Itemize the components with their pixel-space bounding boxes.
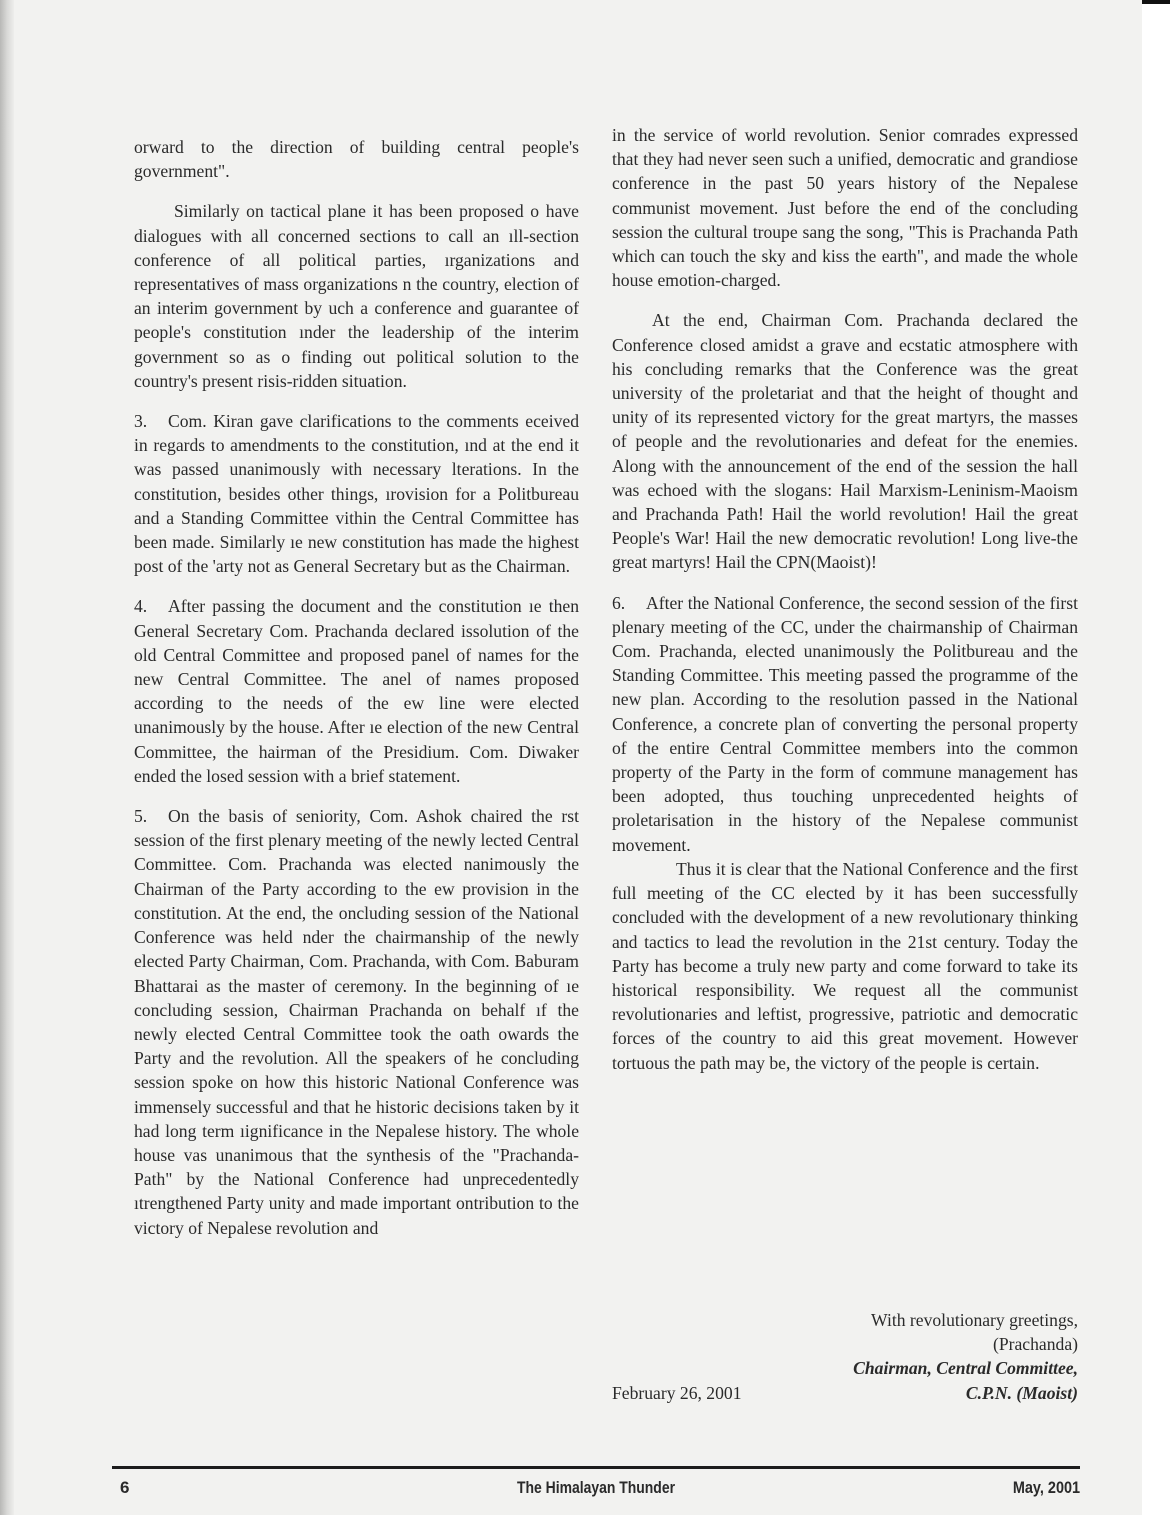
signatory-title: Chairman, Central Committee, (612, 1356, 1078, 1380)
paragraph-world-revolution: in the service of world revolution. Seni… (612, 123, 1078, 292)
left-column: orward to the direction of building cent… (134, 135, 579, 1256)
paragraph-5-concluding-session: 5.On the basis of seniority, Com. Ashok … (134, 804, 579, 1240)
paragraph-6-plenary-meeting: 6.After the National Conference, the sec… (612, 591, 1078, 857)
paragraph-text: After passing the document and the const… (134, 596, 579, 785)
paragraph-text: On the basis of seniority, Com. Ashok ch… (134, 806, 579, 1237)
publication-title: The Himalayan Thunder (199, 1478, 993, 1498)
footer-divider (112, 1466, 1080, 1469)
paragraph-4-new-central-committee: 4.After passing the document and the con… (134, 594, 579, 788)
corner-crop-mark (1142, 0, 1170, 4)
issue-date: May, 2001 (1013, 1478, 1080, 1498)
paragraph-text: After the National Conference, the secon… (612, 593, 1078, 855)
page-footer: 6 The Himalayan Thunder May, 2001 (112, 1478, 1080, 1502)
paragraph-number: 6. (612, 591, 646, 615)
paragraph-conference-closed: At the end, Chairman Com. Prachanda decl… (612, 308, 1078, 574)
signature-block: With revolutionary greetings, (Prachanda… (612, 1308, 1078, 1405)
paragraph-continuation: orward to the direction of building cent… (134, 135, 579, 183)
page-number: 6 (120, 1478, 129, 1498)
scan-edge-shadow (0, 0, 14, 1515)
paragraph-number: 5. (134, 804, 168, 828)
paragraph-number: 3. (134, 409, 168, 433)
paragraph-text: Com. Kiran gave clarifications to the co… (134, 411, 579, 576)
greeting: With revolutionary greetings, (612, 1308, 1078, 1332)
paragraph-3-constitution: 3.Com. Kiran gave clarifications to the … (134, 409, 579, 578)
paragraph-tactical-plane: Similarly on tactical plane it has been … (134, 199, 579, 393)
signatory-name: (Prachanda) (612, 1332, 1078, 1356)
paragraph-conclusion: Thus it is clear that the National Confe… (612, 857, 1078, 1075)
letter-date: February 26, 2001 (612, 1381, 742, 1405)
paragraph-number: 4. (134, 594, 168, 618)
page-margin-blank (1142, 4, 1170, 1515)
right-column: in the service of world revolution. Seni… (612, 123, 1078, 1091)
